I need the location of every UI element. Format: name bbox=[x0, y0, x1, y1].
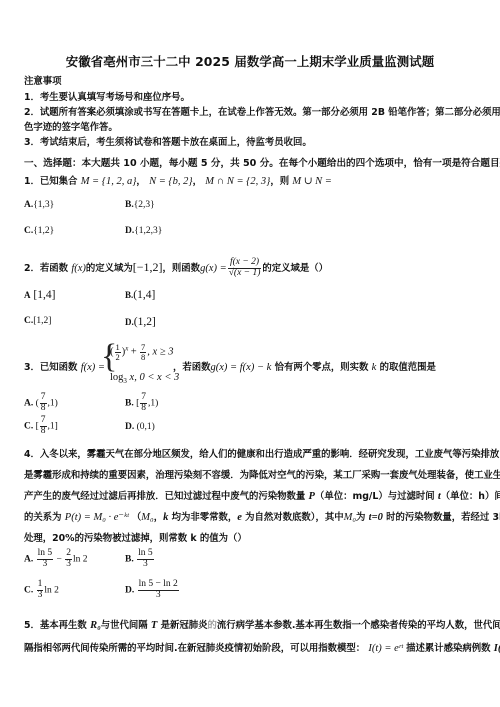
q3-option-b[interactable]: B. [78,1) bbox=[125, 393, 158, 414]
option-label: A. bbox=[24, 555, 33, 565]
question-4-line-5: 处理，20%的污染物被过滤掉，则常数 k 的值为（） bbox=[24, 530, 247, 544]
denominator: 8 bbox=[140, 353, 146, 362]
q1-option-a[interactable]: A.{1,3} bbox=[24, 200, 54, 210]
stem-text: 产产生的废气经过过滤后再排放．已知过滤过程中废气的污染物数量 bbox=[24, 491, 305, 502]
piecewise-case-1: (12)x + 78, x ≥ 3 bbox=[110, 343, 173, 362]
question-2-stem: 2．若函数 f(x)的定义域为[−1,2]，则函数g(x) =f(x − 2)√… bbox=[24, 258, 328, 279]
option-label: A bbox=[24, 290, 31, 300]
question-4-line-1: 4．入冬以来，雾霾天气在部分地区频发，给人们的健康和出行造成严重的影响．经研究发… bbox=[24, 446, 499, 460]
q2-option-b[interactable]: B.(1,4] bbox=[125, 289, 155, 301]
question-5-line-2: 隔指相邻两代间传染所需的平均时间.在新冠肺炎疫情初始阶段，可以用指数模型： I(… bbox=[24, 640, 500, 654]
math-var: T bbox=[151, 620, 157, 631]
option-value: {1,3} bbox=[33, 200, 54, 210]
option-label: D. bbox=[125, 586, 134, 596]
question-4-line-4: 的关系为 P(t) = M₀ · e⁻ᵏᵗ （M₀，k 均为非零常数，e 为自然… bbox=[24, 509, 500, 523]
fraction: 12 bbox=[115, 343, 121, 362]
math-expr: I(t) bbox=[494, 643, 500, 654]
option-value: (1,4] bbox=[133, 289, 155, 301]
question-number: 4． bbox=[24, 449, 40, 460]
q2-option-c[interactable]: C.[1,2] bbox=[24, 316, 51, 326]
math-var: M₀ bbox=[141, 512, 153, 523]
stem-text: 基本再生数 bbox=[40, 620, 87, 631]
math-expr: g(x) = f(x) − k bbox=[211, 362, 272, 373]
stem-text: 与世代间隔 bbox=[101, 620, 148, 631]
question-number: 5． bbox=[24, 620, 40, 631]
question-1-stem: 1．已知集合 M = {1, 2, a}， N = {b, 2}， M ∩ N … bbox=[24, 173, 332, 187]
math-expr: M = {1, 2, a} bbox=[81, 176, 137, 187]
option-value: (0,1) bbox=[137, 422, 155, 432]
operator: + bbox=[131, 347, 137, 358]
q2-option-d[interactable]: D.(1,2] bbox=[125, 316, 156, 328]
option-value: {1,2,3} bbox=[134, 226, 162, 236]
paren: ( bbox=[110, 347, 114, 358]
fraction: 23 bbox=[65, 549, 72, 570]
option-label: D. bbox=[125, 317, 134, 327]
piecewise-case-2: log3 x, 0 < x < 3 bbox=[110, 372, 179, 385]
bracket: [ bbox=[36, 422, 39, 432]
question-number: 1． bbox=[24, 176, 40, 187]
stem-text: ，则函数 bbox=[163, 263, 201, 274]
q1-option-d[interactable]: D.{1,2,3} bbox=[125, 226, 162, 236]
exam-page: 安徽省亳州市三十二中 2025 届数学高一上期末学业质量监测试题 注意事项 1．… bbox=[0, 0, 500, 707]
denominator: 3 bbox=[37, 560, 54, 570]
question-5-line-1: 5．基本再生数 R₀与世代间隔 T 是新冠肺炎的流行病学基本参数.基本再生数指一… bbox=[24, 617, 500, 631]
stem-text: 的 bbox=[207, 620, 216, 631]
fraction: 13 bbox=[37, 580, 44, 601]
stem-text: 描述累计感染病例数 bbox=[406, 643, 490, 654]
bracket: ( bbox=[36, 399, 39, 409]
stem-text: 为自然对数底数），其中 bbox=[242, 512, 344, 523]
q4-option-d[interactable]: D. ln 5 − ln 23 bbox=[125, 580, 180, 601]
math-expr: P(t) = M₀ · e⁻ᵏᵗ bbox=[65, 512, 129, 523]
fraction: 78 bbox=[140, 343, 146, 362]
stem-text: ， bbox=[136, 176, 145, 187]
q3-option-d[interactable]: D. (0,1) bbox=[125, 422, 155, 432]
bracket: [ bbox=[136, 399, 139, 409]
math-var: M₀ bbox=[344, 512, 356, 523]
q1-option-c[interactable]: C.{1,2} bbox=[24, 226, 54, 236]
question-4-line-3: 产产生的废气经过过滤后再排放．已知过滤过程中废气的污染物数量 P（单位：mg/L… bbox=[24, 488, 500, 502]
option-label: C. bbox=[24, 316, 33, 326]
stem-text: ，则 bbox=[270, 176, 289, 187]
denominator: 2 bbox=[115, 353, 121, 362]
option-label: C. bbox=[24, 586, 33, 596]
option-value: (1,2] bbox=[134, 316, 156, 328]
notice-item-2-cont: 色字迹的签字笔作答。 bbox=[24, 119, 118, 133]
notice-item-3: 3．考试结束后，考生须将试卷和答题卡放在桌面上，待监考员收回。 bbox=[24, 134, 312, 148]
stem-text: 均为非零常数， bbox=[168, 512, 237, 523]
stem-text: 的定义域为 bbox=[86, 263, 133, 274]
denominator: √(x − 1) bbox=[228, 269, 262, 279]
option-label: D. bbox=[125, 422, 134, 432]
fraction: ln 5 − ln 23 bbox=[138, 580, 179, 601]
denominator: 3 bbox=[65, 560, 72, 570]
stem-text: 已知函数 bbox=[40, 362, 78, 373]
math-expr: M ∪ N = bbox=[292, 176, 332, 187]
question-3-stem-tail: ，若函数g(x) = f(x) − k 恰有两个零点，则实数 k 的取值范围是 bbox=[173, 359, 436, 373]
fraction: 78 bbox=[140, 393, 147, 414]
denominator: 3 bbox=[138, 591, 179, 601]
stem-text: （单位：h）间 bbox=[441, 491, 500, 502]
question-3-stem-lead: 3．已知函数 f(x) = bbox=[24, 359, 105, 373]
fraction: 78 bbox=[40, 416, 47, 437]
math-expr: f(x) bbox=[71, 263, 86, 274]
math-var: R₀ bbox=[90, 620, 101, 631]
q3-option-c[interactable]: C. [78,1] bbox=[24, 416, 58, 437]
condition: , x ≥ 3 bbox=[147, 347, 173, 358]
question-4-line-2: 是雾霾形成和持续的重要因素，治理污染刻不容缓．为降低对空气的污染，某工厂采购一套… bbox=[24, 467, 500, 481]
denominator: 3 bbox=[137, 560, 154, 570]
bracket: ,1] bbox=[48, 422, 58, 432]
fraction: f(x − 2)√(x − 1) bbox=[228, 258, 262, 279]
fraction: ln 53 bbox=[137, 549, 154, 570]
option-label: D. bbox=[125, 226, 134, 236]
bracket: ,1) bbox=[148, 399, 158, 409]
stem-text: 入冬以来，雾霾天气在部分地区频发，给人们的健康和出行造成严重的影响．经研究发现，… bbox=[40, 449, 499, 460]
q2-option-a[interactable]: A [1,4] bbox=[24, 289, 55, 301]
exam-title: 安徽省亳州市三十二中 2025 届数学高一上期末学业质量监测试题 bbox=[0, 52, 500, 70]
stem-text: ，若函数 bbox=[173, 362, 211, 373]
stem-text: （ bbox=[132, 512, 141, 523]
stem-text: 流行病学基本参数.基本再生数指一个感染者传染的平均人数，世代间 bbox=[217, 620, 500, 631]
stem-text: 为 bbox=[356, 512, 365, 523]
question-number: 2． bbox=[24, 263, 40, 274]
math-expr: k bbox=[372, 362, 377, 373]
stem-text: 是新冠肺炎 bbox=[161, 620, 208, 631]
notice-item-2: 2．试题所有答案必须填涂或书写在答题卡上，在试卷上作答无效。第一部分必须用 2B… bbox=[24, 104, 500, 118]
q4-option-b[interactable]: B. ln 53 bbox=[125, 549, 155, 570]
section-heading: 一、选择题：本大题共 10 小题，每小题 5 分，共 50 分。在每个小题给出的… bbox=[24, 155, 500, 169]
bracket: ,1) bbox=[48, 399, 58, 409]
stem-text: （单位：mg/L）与过滤时间 bbox=[315, 491, 435, 502]
option-value: {2,3} bbox=[134, 200, 155, 210]
denominator: 8 bbox=[40, 427, 47, 437]
denominator: 8 bbox=[140, 404, 147, 414]
exponent: x bbox=[125, 344, 128, 352]
condition: x, 0 < x < 3 bbox=[127, 372, 179, 383]
stem-text: 时的污染物数量，若经过 3h bbox=[383, 512, 500, 523]
math-expr: N = {b, 2} bbox=[149, 176, 193, 187]
q4-option-a[interactable]: A. ln 53 − 23ln 2 bbox=[24, 549, 88, 570]
option-label: C. bbox=[24, 226, 33, 236]
stem-text: ， bbox=[154, 512, 163, 523]
option-label: A. bbox=[24, 399, 33, 409]
q4-option-c[interactable]: C. 13ln 2 bbox=[24, 580, 59, 601]
option-label: B. bbox=[125, 200, 134, 210]
math-expr: I(t) = eʳᵗ bbox=[368, 643, 403, 654]
denominator: 3 bbox=[37, 591, 44, 601]
q1-option-b[interactable]: B.{2,3} bbox=[125, 200, 155, 210]
fraction: 78 bbox=[40, 393, 47, 414]
option-label: A. bbox=[24, 200, 33, 210]
option-value: [1,2] bbox=[33, 316, 51, 326]
math-expr: g(x) = bbox=[200, 263, 227, 274]
stem-text: 已知集合 bbox=[40, 176, 78, 187]
option-value: {1,2} bbox=[33, 226, 54, 236]
option-value: [1,4] bbox=[33, 289, 55, 301]
fraction: ln 53 bbox=[37, 549, 54, 570]
math-expr: [−1,2] bbox=[133, 260, 163, 274]
option-label: B. bbox=[125, 399, 134, 409]
stem-text: ， bbox=[193, 176, 202, 187]
stem-text: 的定义域是（） bbox=[262, 263, 328, 274]
math-expr: t=0 bbox=[369, 512, 383, 523]
notice-heading: 注意事项 bbox=[24, 73, 62, 87]
denominator: 8 bbox=[40, 404, 47, 414]
option-label: B. bbox=[125, 555, 134, 565]
stem-text: 隔指相邻两代间传染所需的平均时间.在新冠肺炎疫情初始阶段，可以用指数模型： bbox=[24, 643, 365, 654]
stem-text: 若函数 bbox=[40, 263, 68, 274]
q3-option-a[interactable]: A. (78,1) bbox=[24, 393, 58, 414]
question-number: 3． bbox=[24, 362, 40, 373]
log-fn: log bbox=[110, 372, 123, 383]
option-label: C. bbox=[24, 422, 33, 432]
stem-text: 的关系为 bbox=[24, 512, 62, 523]
notice-item-1: 1．考生要认真填写考场号和座位序号。 bbox=[24, 89, 190, 103]
stem-text: 恰有两个零点，则实数 bbox=[275, 362, 369, 373]
math-expr: M ∩ N = {2, 3} bbox=[205, 176, 270, 187]
stem-text: 的取值范围是 bbox=[380, 362, 436, 373]
